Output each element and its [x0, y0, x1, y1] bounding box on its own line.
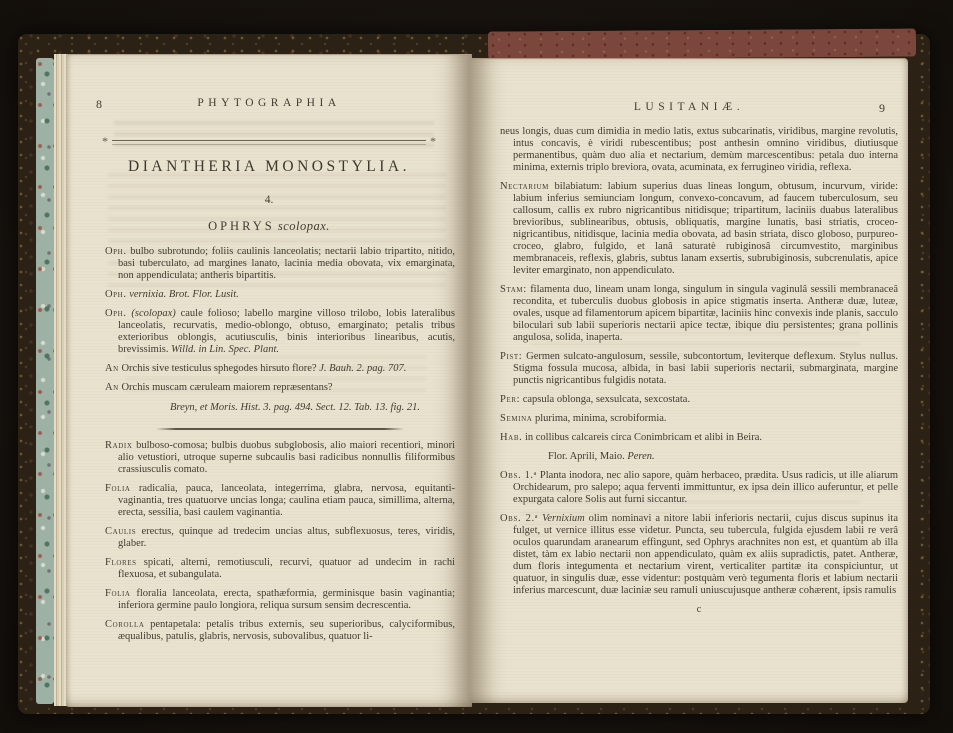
paragraph: Semina plurima, minima, scrobiformia. — [500, 413, 898, 425]
lead: Obs. 1.ᵃ — [500, 470, 537, 481]
lead: Folia — [105, 483, 131, 494]
body-text: bilabiatum: labium superius duas lineas … — [513, 181, 898, 276]
ref: Brot. Flor. Lusit. — [169, 289, 239, 300]
flowering-line: Flor. Aprili, Maio. Peren. — [548, 451, 898, 463]
paragraph: Folia radicalia, pauca, lanceolata, inte… — [105, 483, 455, 519]
species-epithet: scolopax. — [278, 219, 330, 233]
left-page-header: 8 PHYTOGRAPHIA — [66, 97, 472, 113]
species: (scolopax) — [131, 308, 175, 319]
page-number: 8 — [96, 97, 103, 112]
signature-mark: c — [500, 604, 898, 616]
citation-line: Breyn, et Moris. Hist. 3. pag. 494. Sect… — [105, 402, 455, 414]
body-text: pentapetala: petalis tribus externis, se… — [118, 619, 455, 642]
flowering-months: Flor. Aprili, Maio. — [548, 451, 625, 462]
paragraph: Oph. bulbo subrotundo; foliis caulinis l… — [105, 246, 455, 282]
paragraph: Obs. 1.ᵃ Planta inodora, nec alio sapore… — [500, 470, 898, 506]
left-page: 8 PHYTOGRAPHIA * * DIANTHERIA MONOSTYLIA… — [66, 54, 472, 707]
lead: Obs. 2.ᵃ — [500, 513, 538, 524]
body-text: erectus, quinque ad tredecim uncias altu… — [118, 526, 455, 549]
body-text: capsula oblonga, sexsulcata, sexcostata. — [523, 394, 690, 405]
photographed-book-scene: 8 PHYTOGRAPHIA * * DIANTHERIA MONOSTYLIA… — [0, 0, 953, 733]
observation-paragraphs: Obs. 1.ᵃ Planta inodora, nec alio sapore… — [500, 470, 898, 597]
body-text: Orchis sive testiculus sphegodes hirsuto… — [121, 363, 316, 374]
rule-line — [112, 140, 426, 145]
left-text-column: Oph. bulbo subrotundo; foliis caulinis l… — [105, 246, 455, 643]
body-text: bulbo subrotundo; foliis caulinis lanceo… — [118, 246, 455, 281]
body-text: Orchis muscam cæruleam maiorem repræsent… — [121, 382, 332, 393]
paragraph: An Orchis sive testiculus sphegodes hirs… — [105, 363, 455, 375]
lead: Per: — [500, 394, 520, 405]
paragraph: Caulis erectus, quinque ad tredecim unci… — [105, 526, 455, 550]
paragraph: Nectarium bilabiatum: labium superius du… — [500, 181, 898, 277]
body-text: plurima, minima, scrobiformia. — [535, 413, 667, 424]
body-text: radicalia, pauca, lanceolata, integerrim… — [118, 483, 455, 518]
species: Vernixium — [542, 513, 585, 524]
paragraph: Corolla pentapetala: petalis tribus exte… — [105, 619, 455, 643]
lead: Corolla — [105, 619, 145, 630]
species: vernixia. — [129, 289, 166, 300]
lead: Stam: — [500, 284, 527, 295]
right-page-header: LUSITANIÆ. 9 — [470, 101, 908, 117]
lead: Semina — [500, 413, 532, 424]
lead: Nectarium — [500, 181, 549, 192]
separator-rule — [156, 428, 404, 430]
paragraph: Pist: Germen sulcato-angulosum, sessile,… — [500, 351, 898, 387]
body-text: in collibus calcareis circa Conimbricam … — [525, 432, 762, 443]
description-paragraphs: neus longis, duas cum dimidia in medio l… — [500, 126, 898, 444]
paragraph: Hab. in collibus calcareis circa Conimbr… — [500, 432, 898, 444]
paragraph: An Orchis muscam cæruleam maiorem repræs… — [105, 382, 455, 394]
paragraph: Obs. 2.ᵃ Vernixium olim nominavi a nitor… — [500, 513, 898, 597]
stained-top-text-block-edge — [488, 29, 916, 60]
paragraph: Oph. vernixia. Brot. Flor. Lusit. — [105, 289, 455, 301]
synonym-paragraphs: Oph. bulbo subrotundo; foliis caulinis l… — [105, 246, 455, 394]
paragraph: Oph. (scolopax) caule folioso; labello m… — [105, 308, 455, 356]
flowering-duration: Peren. — [627, 451, 654, 462]
lead: Caulis — [105, 526, 136, 537]
body-text: olim nominavi a nitore labii inferioris … — [513, 513, 898, 596]
lead: Radix — [105, 440, 133, 451]
right-text-column: neus longis, duas cum dimidia in medio l… — [500, 126, 898, 616]
asterisk-ornament-icon: * — [430, 138, 436, 144]
right-page: LUSITANIÆ. 9 neus longis, duas cum dimid… — [470, 58, 908, 703]
species-heading: OPHRYS scolopax. — [66, 219, 472, 234]
paragraph: Flores spicati, alterni, remotiusculi, r… — [105, 557, 455, 581]
body-text: filamenta duo, lineam unam longa, singul… — [513, 284, 898, 343]
body-text: spicati, alterni, remotiusculi, recurvi,… — [118, 557, 455, 580]
ref: J. Bauh. 2. pag. 707. — [319, 363, 406, 374]
body-text: Germen sulcato-angulosum, sessile, subco… — [513, 351, 898, 386]
paragraph: Radix bulboso-comosa; bulbis duobus subg… — [105, 440, 455, 476]
lead: An — [105, 382, 119, 393]
paragraph: Folia floralia lanceolata, erecta, spath… — [105, 588, 455, 612]
lead: An — [105, 363, 119, 374]
paragraph: Per: capsula oblonga, sexsulcata, sexcos… — [500, 394, 898, 406]
lead: Folia — [105, 588, 131, 599]
asterisk-ornament-icon: * — [102, 138, 108, 144]
body-text: floralia lanceolata, erecta, spathæformi… — [118, 588, 455, 611]
lead: Pist: — [500, 351, 522, 362]
body-text: Planta inodora, nec alio sapore, quàm he… — [513, 470, 898, 505]
lead: Oph. — [105, 246, 127, 257]
genus-name: OPHRYS — [208, 219, 275, 233]
page-number: 9 — [879, 101, 886, 116]
running-title: PHYTOGRAPHIA — [66, 97, 472, 109]
lead: Oph. — [105, 289, 127, 300]
lead: Hab. — [500, 432, 522, 443]
body-text: bulboso-comosa; bulbis duobus subglobosi… — [118, 440, 455, 475]
running-title: LUSITANIÆ. — [470, 101, 908, 113]
marbled-endpaper-edge — [36, 58, 54, 704]
lead: Flores — [105, 557, 137, 568]
paragraph: Stam: filamenta duo, lineam unam longa, … — [500, 284, 898, 344]
paragraph: neus longis, duas cum dimidia in medio l… — [500, 126, 898, 174]
ornamental-rule: * * — [102, 139, 436, 145]
ref: Willd. in Lin. Spec. Plant. — [171, 344, 279, 355]
lead: Oph. — [105, 308, 127, 319]
description-paragraphs: Radix bulboso-comosa; bulbis duobus subg… — [105, 440, 455, 643]
section-number: 4. — [66, 194, 472, 206]
section-title: DIANTHERIA MONOSTYLIA. — [66, 158, 472, 176]
body-text: neus longis, duas cum dimidia in medio l… — [500, 126, 898, 173]
